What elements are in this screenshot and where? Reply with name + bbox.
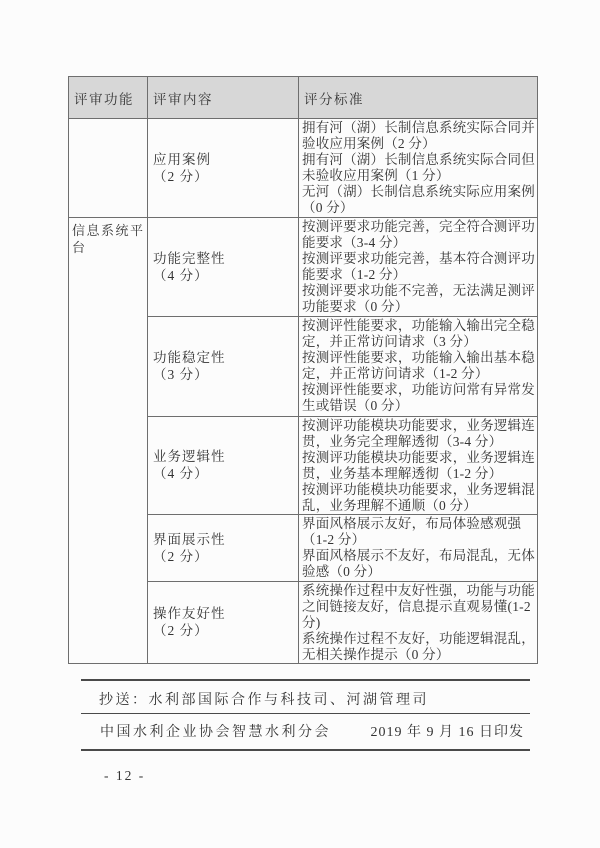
- criteria-item: 按测评性能要求，功能访问常有异常发生或错误（0 分）: [302, 382, 536, 414]
- content-score: （3 分）: [153, 366, 295, 383]
- criteria-cell: 系统操作过程中友好性强，功能与功能之间链接友好，信息提示直观易懂(1-2 分) …: [299, 581, 538, 663]
- content-label: 功能完整性: [153, 250, 295, 267]
- header-function: 评审功能: [69, 77, 148, 119]
- function-cell-platform: 信息系统平台: [69, 217, 148, 663]
- content-cell: 业务逻辑性 （4 分）: [148, 416, 299, 515]
- content-score: （4 分）: [153, 267, 295, 284]
- criteria-item: 按测评功能模块功能要求，业务逻辑连贯，业务完全理解透彻（3-4 分）: [302, 418, 536, 450]
- content-score: （2 分）: [153, 622, 295, 639]
- document-page: 评审功能 评审内容 评分标准 应用案例 （2 分） 拥有河（湖）长制信息系统实际…: [0, 0, 600, 848]
- criteria-cell: 按测评性能要求，功能输入输出完全稳定，并正常访问请求（3 分） 按测评性能要求，…: [299, 316, 538, 416]
- content-score: （2 分）: [153, 548, 295, 565]
- criteria-item: 拥有河（湖）长制信息系统实际合同并验收应用案例（2 分）: [302, 120, 536, 152]
- criteria-item: 无河（湖）长制信息系统实际应用案例（0 分）: [302, 184, 536, 216]
- criteria-item: 按测评功能模块功能要求，业务逻辑混乱，业务理解不通顺（0 分）: [302, 482, 536, 514]
- cc-line: 抄送：水利部国际合作与科技司、河湖管理司: [99, 689, 429, 709]
- header-standard: 评分标准: [299, 77, 538, 119]
- criteria-item: 按测评功能模块功能要求，业务逻辑连贯，业务基本理解透彻（1-2 分）: [302, 450, 536, 482]
- criteria-item: 界面风格展示友好，布局体验感观强（1-2 分）: [302, 516, 536, 548]
- criteria-item: 系统操作过程不友好，功能逻辑混乱，无相关操作提示（0 分）: [302, 631, 536, 663]
- content-cell: 功能完整性 （4 分）: [148, 217, 299, 316]
- issuer-name: 中国水利企业协会智慧水利分会: [100, 721, 331, 741]
- table-row: 应用案例 （2 分） 拥有河（湖）长制信息系统实际合同并验收应用案例（2 分） …: [69, 119, 538, 218]
- table-header-row: 评审功能 评审内容 评分标准: [69, 77, 538, 119]
- content-cell: 应用案例 （2 分）: [148, 119, 299, 218]
- content-label: 功能稳定性: [153, 349, 295, 366]
- criteria-item: 按测评要求功能完善，基本符合测评功能要求（1-2 分）: [302, 251, 536, 283]
- content-label: 界面展示性: [153, 531, 295, 548]
- criteria-item: 按测评要求功能完善，完全符合测评功能要求（3-4 分）: [302, 219, 536, 251]
- issuer-line: 中国水利企业协会智慧水利分会 2019 年 9 月 16 日印发: [100, 721, 524, 741]
- criteria-item: 拥有河（湖）长制信息系统实际合同但未验收应用案例（1 分）: [302, 152, 536, 184]
- criteria-item: 按测评要求功能不完善，无法满足测评功能要求（0 分）: [302, 283, 536, 315]
- criteria-item: 按测评性能要求，功能输入输出基本稳定，并正常访问请求（1-2 分）: [302, 350, 536, 382]
- criteria-cell: 拥有河（湖）长制信息系统实际合同并验收应用案例（2 分） 拥有河（湖）长制信息系…: [299, 119, 538, 218]
- content-score: （4 分）: [153, 465, 295, 482]
- content-cell: 界面展示性 （2 分）: [148, 515, 299, 581]
- evaluation-criteria-table: 评审功能 评审内容 评分标准 应用案例 （2 分） 拥有河（湖）长制信息系统实际…: [68, 76, 538, 664]
- criteria-cell: 界面风格展示友好，布局体验感观强（1-2 分） 界面风格展示不友好，布局混乱，无…: [299, 515, 538, 581]
- content-cell: 操作友好性 （2 分）: [148, 581, 299, 663]
- criteria-cell: 按测评要求功能完善，完全符合测评功能要求（3-4 分） 按测评要求功能完善，基本…: [299, 217, 538, 316]
- criteria-item: 界面风格展示不友好，布局混乱，无体验感（0 分）: [302, 548, 536, 580]
- header-content: 评审内容: [148, 77, 299, 119]
- function-cell-empty: [69, 119, 148, 218]
- page-number: - 12 -: [104, 768, 145, 784]
- criteria-item: 系统操作过程中友好性强，功能与功能之间链接友好，信息提示直观易懂(1-2 分): [302, 583, 536, 631]
- footer-rule-bottom: [81, 749, 530, 751]
- print-date: 2019 年 9 月 16 日印发: [371, 721, 525, 741]
- content-label: 操作友好性: [153, 605, 295, 622]
- content-score: （2 分）: [153, 168, 295, 185]
- content-cell: 功能稳定性 （3 分）: [148, 316, 299, 416]
- content-label: 应用案例: [153, 151, 295, 168]
- table-row: 信息系统平台 功能完整性 （4 分） 按测评要求功能完善，完全符合测评功能要求（…: [69, 217, 538, 316]
- footer-rule-middle: [81, 713, 530, 714]
- criteria-cell: 按测评功能模块功能要求，业务逻辑连贯，业务完全理解透彻（3-4 分） 按测评功能…: [299, 416, 538, 515]
- footer-rule-top: [81, 679, 530, 681]
- criteria-item: 按测评性能要求，功能输入输出完全稳定，并正常访问请求（3 分）: [302, 318, 536, 350]
- content-label: 业务逻辑性: [153, 448, 295, 465]
